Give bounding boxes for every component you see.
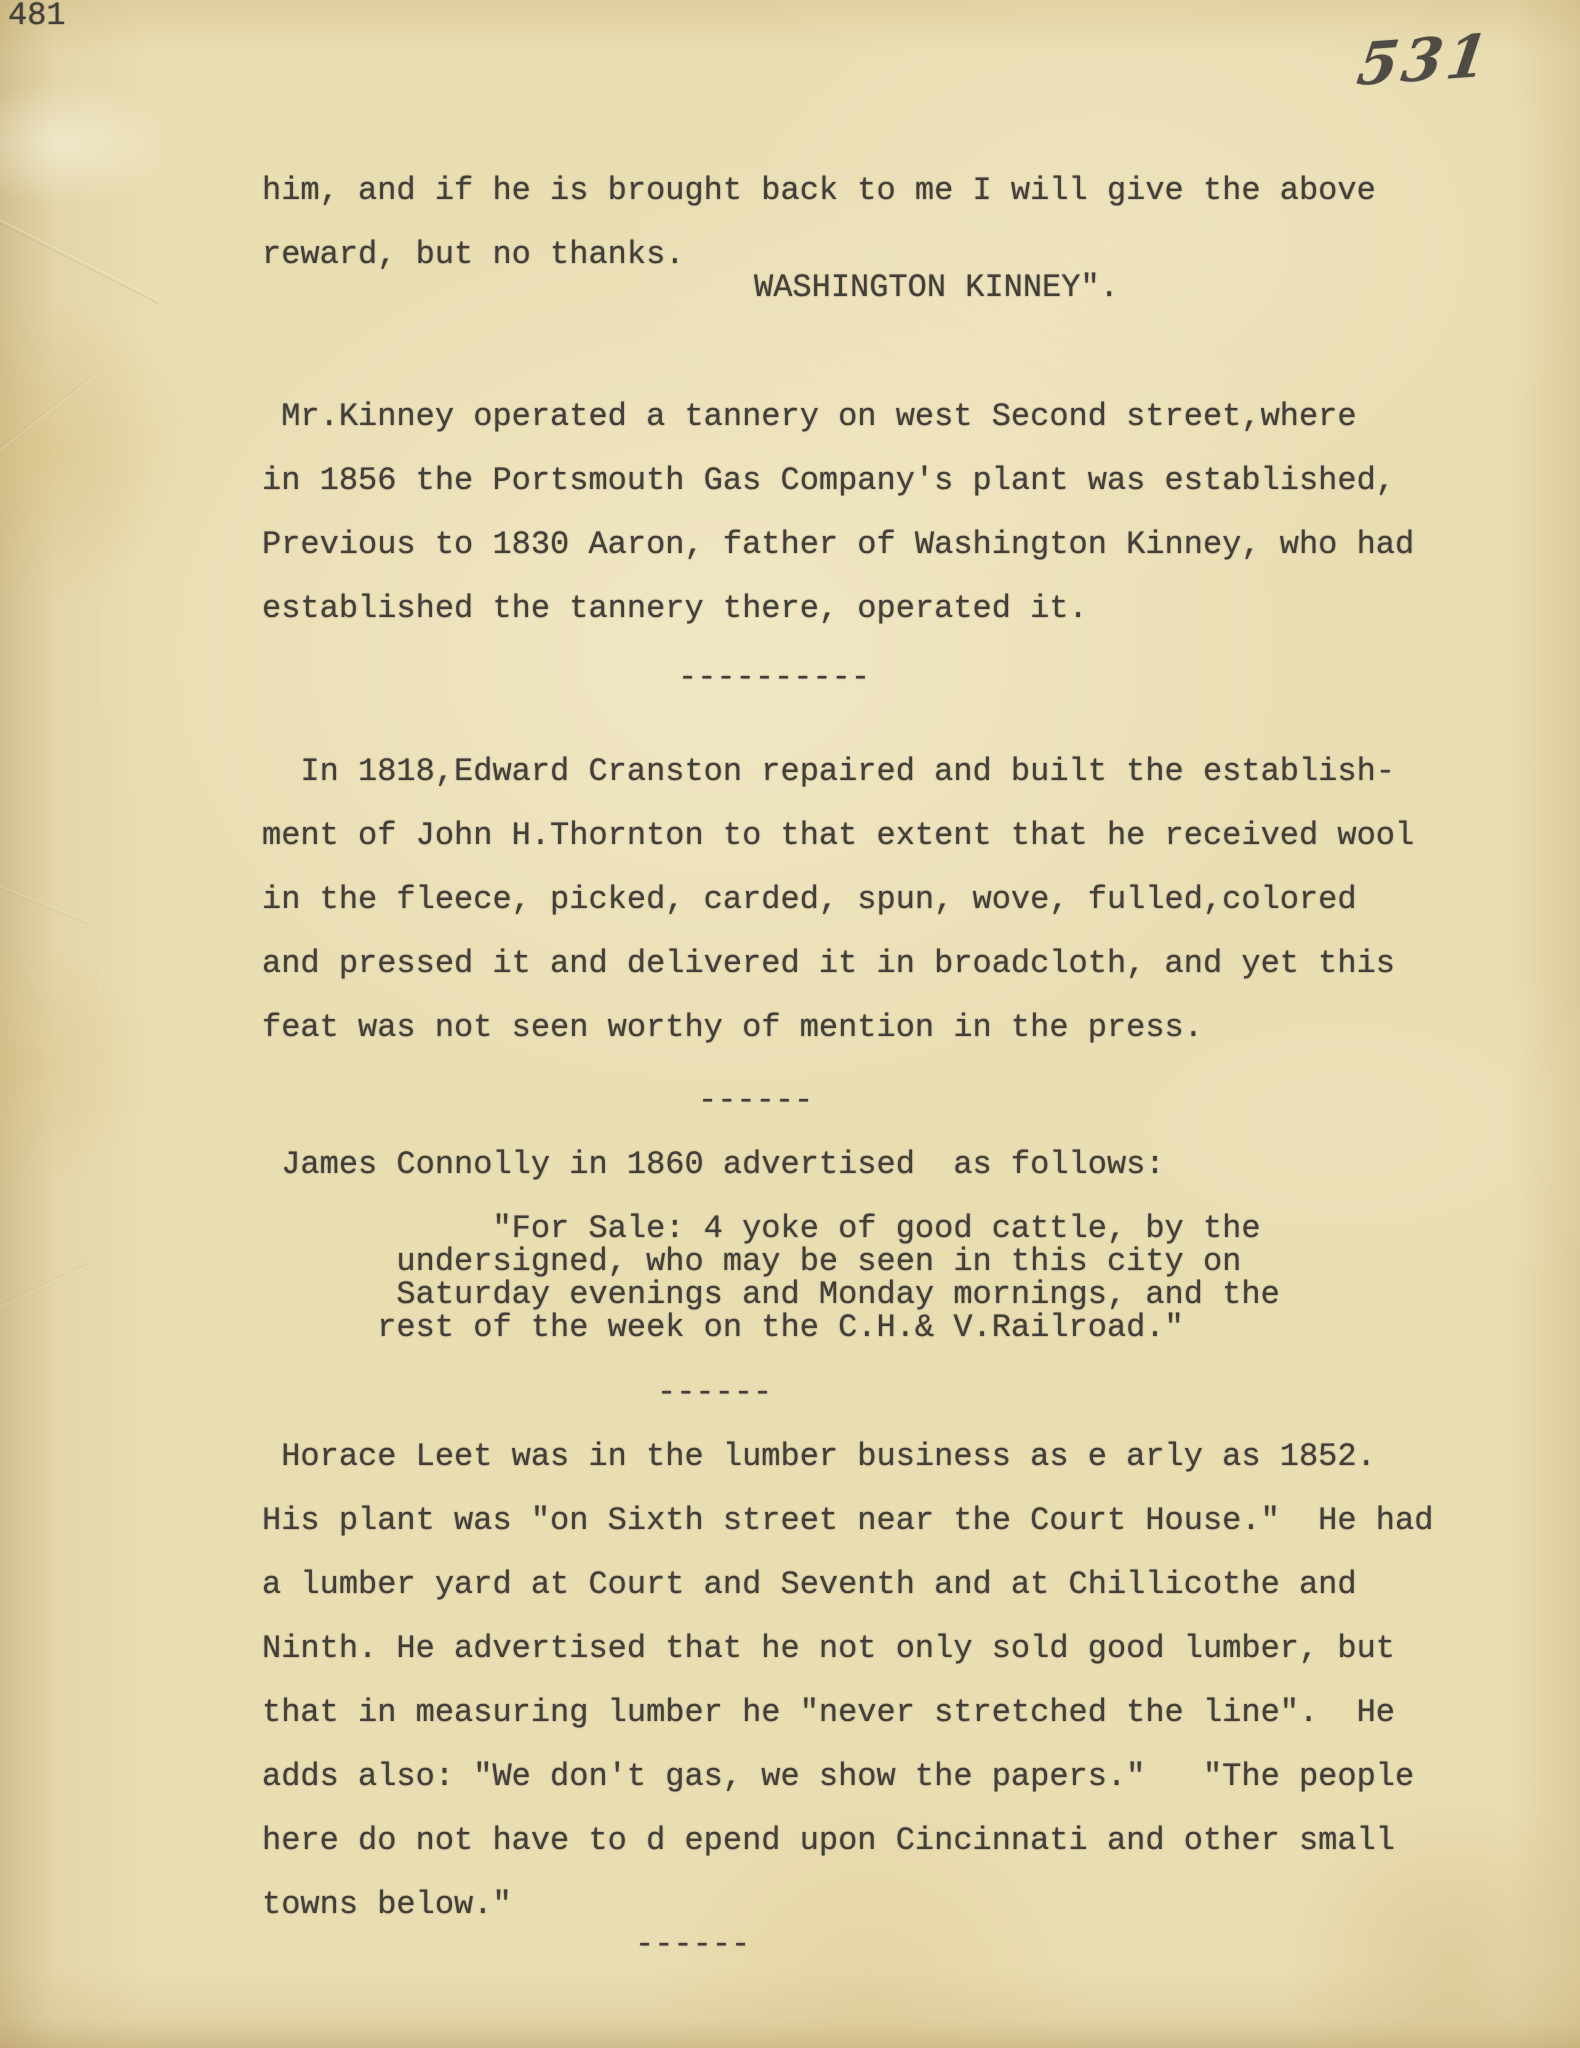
paper-crease — [0, 374, 95, 469]
typed-sheet-number: 481 — [8, 0, 66, 48]
typed-divider-2: ------ — [698, 1069, 813, 1133]
paper-crease — [0, 1263, 90, 1321]
typed-divider-3: ------ — [657, 1361, 772, 1425]
typed-paragraph-horace-leet: Horace Leet was in the lumber business a… — [262, 1425, 1433, 1937]
paper-crease — [96, 540, 98, 1060]
typed-quote-for-sale-ad: "For Sale: 4 yoke of good cattle, by the… — [262, 1212, 1280, 1344]
paper-crease — [0, 210, 160, 304]
typed-signature-washington-kinney: WASHINGTON KINNEY". — [754, 256, 1119, 320]
handwritten-page-number: 531 — [1353, 21, 1495, 99]
typed-paragraph-kinney-tannery: Mr.Kinney operated a tannery on west Sec… — [262, 385, 1414, 641]
scanned-typewritten-page: 481 531 him, and if he is brought back t… — [0, 0, 1580, 2048]
typed-divider-1: ---------- — [678, 646, 870, 710]
typed-line-connolly: James Connolly in 1860 advertised as fol… — [262, 1133, 1165, 1197]
paper-crease — [0, 878, 91, 926]
typed-divider-4: ------ — [635, 1913, 750, 1977]
typed-paragraph-cranston: In 1818,Edward Cranston repaired and bui… — [262, 740, 1414, 1060]
